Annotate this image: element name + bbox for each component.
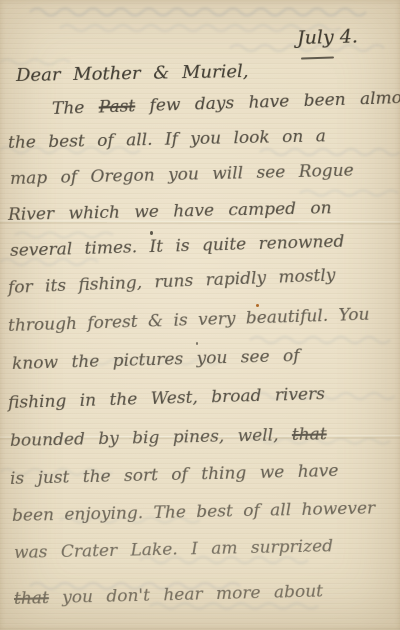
letter-text: was Crater Lake. I am surprized — [14, 536, 333, 563]
letter-text: fishing in the West, broad rivers — [8, 384, 325, 413]
letter-line: for its fishing, runs rapidly mostly — [8, 266, 336, 297]
letter-line: fishing in the West, broad rivers — [8, 385, 325, 413]
letter-text: through forest & is very beautiful. You — [8, 305, 370, 336]
letter-line: been enjoying. The best of all however — [12, 499, 375, 525]
struck-word: that — [14, 588, 49, 609]
letter-text: map of Oregon you will see Rogue — [10, 161, 354, 189]
letter-text: the best of all. If you look on a — [8, 126, 326, 153]
letter-text: The — [52, 98, 99, 119]
ink-speck — [196, 342, 198, 345]
letter-salutation: Dear Mother & Muriel, — [16, 62, 249, 86]
letter-text: for its fishing, runs rapidly mostly — [8, 265, 336, 298]
letter-text: few days have been almost — [135, 88, 400, 117]
letter-text: know the pictures you see of — [12, 346, 300, 374]
letter-line: through forest & is very beautiful. You — [8, 306, 370, 336]
letter-line: that you don't hear more about — [14, 582, 323, 608]
letter-text: bounded by big pines, well, — [10, 425, 292, 451]
letter-date: July 4. — [297, 26, 358, 48]
letter-line: The Past few days have been almost — [52, 89, 400, 119]
letter-line: know the pictures you see of — [12, 347, 300, 374]
letter-line: map of Oregon you will see Rogue — [10, 162, 354, 189]
ghost-writing-stroke — [300, 191, 398, 196]
letter-text: several times. It is quite renowned — [10, 232, 345, 261]
letter-line: was Crater Lake. I am surprized — [14, 537, 333, 562]
letter-text: been enjoying. The best of all however — [12, 498, 375, 526]
ghost-writing-stroke — [250, 337, 390, 343]
letter-line: bounded by big pines, well, that — [10, 425, 327, 450]
letter-text: you don't hear more about — [48, 581, 323, 608]
date-underline — [301, 56, 334, 59]
ink-speck — [150, 231, 153, 235]
letter-line: the best of all. If you look on a — [8, 127, 326, 152]
struck-word: that — [292, 424, 327, 445]
letter-text: is just the sort of thing we have — [10, 461, 339, 489]
letter-page: July 4. Dear Mother & Muriel, The Past f… — [0, 0, 400, 630]
ink-speck — [256, 304, 259, 307]
struck-word: Past — [98, 96, 135, 117]
ghost-writing-stroke — [260, 149, 400, 155]
letter-line: is just the sort of thing we have — [10, 462, 339, 489]
ghost-writing-stroke — [30, 9, 366, 16]
ghost-writing-stroke — [15, 233, 113, 238]
letter-line: several times. It is quite renowned — [10, 233, 345, 261]
